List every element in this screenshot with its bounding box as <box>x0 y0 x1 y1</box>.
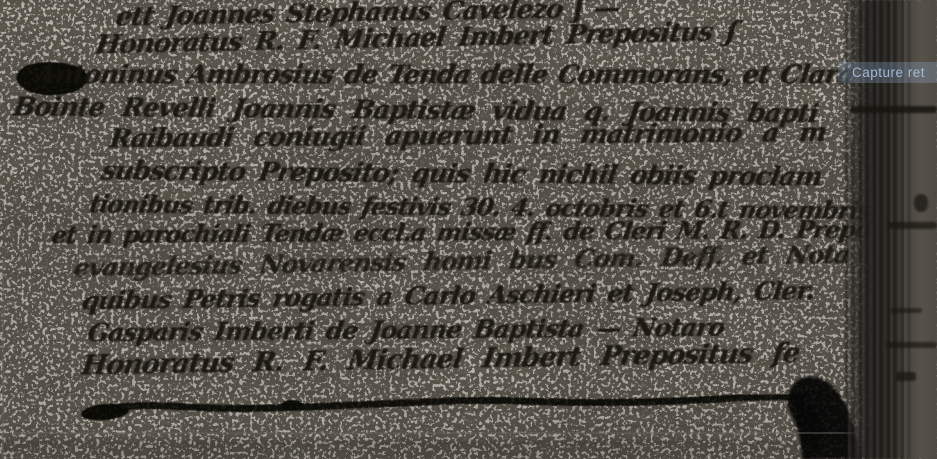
capture-watermark: Capture ret <box>838 62 937 83</box>
underline-start-blob <box>80 402 129 422</box>
capture-watermark-text: Capture ret <box>838 65 925 80</box>
ink-bleed-mark <box>890 308 922 313</box>
marginal-mark: 3 o. <box>46 432 88 446</box>
handwritten-line-6: subscripto Preposito; quis hic nichil ob… <box>99 156 824 192</box>
ink-bleed-mark <box>886 342 937 348</box>
handwritten-line-5: Raibaudi coniugii apuerunt in matrimonio… <box>108 118 829 154</box>
scan-streak <box>0 438 937 459</box>
ink-bleed-mark <box>914 194 928 212</box>
underline-knot <box>281 400 303 410</box>
handwritten-line-10: quibus Petris rogatis a Carlo Aschieri e… <box>80 276 816 315</box>
ink-bleed-mark <box>888 222 937 229</box>
left-margin-line <box>2 258 4 459</box>
ink-bleed-mark <box>896 372 916 381</box>
scanned-document-page: ett Joannes Stephanus Cavelezo ʃ — Honor… <box>0 0 937 459</box>
rule-line <box>14 432 937 434</box>
ink-underline-flourish <box>88 397 802 416</box>
rule-line <box>758 49 844 50</box>
handwritten-line-3: Antoninus Ambrosius de Tenda delle Commo… <box>33 60 916 90</box>
ink-bleed-mark <box>850 106 937 113</box>
